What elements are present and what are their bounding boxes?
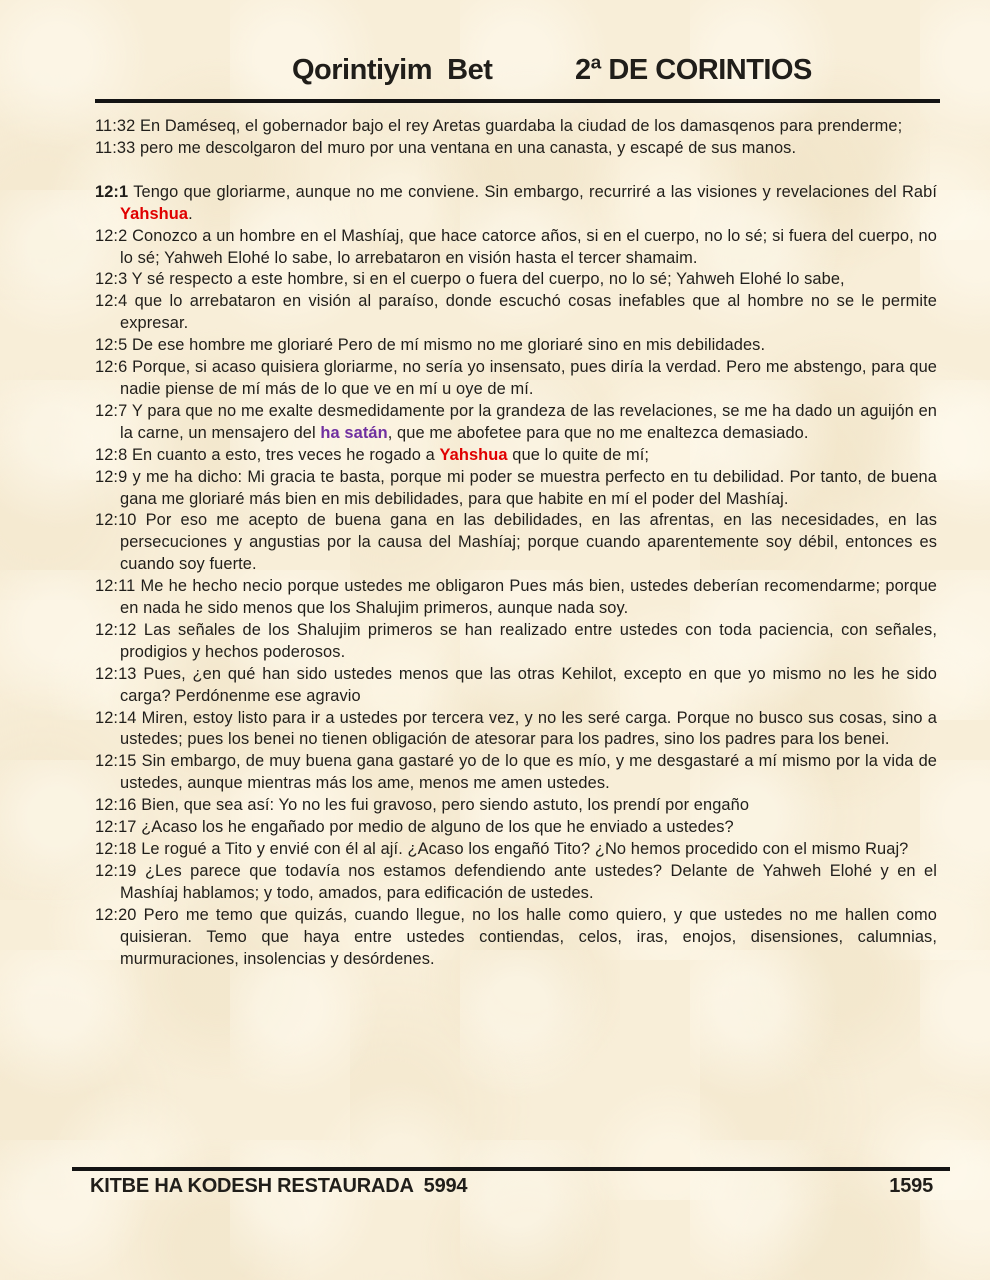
verse-number: 12:9 — [95, 468, 127, 486]
verse-number: 12:2 — [95, 227, 127, 245]
verse-text: Le rogué a Tito y envié con él al ají. ¿… — [141, 840, 908, 858]
footer-rule — [72, 1167, 950, 1171]
verse-number: 12:8 — [95, 446, 127, 464]
verse-text: pero me descolgaron del muro por una ven… — [140, 139, 796, 157]
verse-text: Por eso me acepto de buena gana en las d… — [120, 511, 937, 573]
verse-number: 12:6 — [95, 358, 127, 376]
verse-12-14: 12:14 Miren, estoy listo para ir a usted… — [95, 708, 937, 752]
verse-text: De ese hombre me gloriaré Pero de mí mis… — [132, 336, 765, 354]
verse-number: 11:33 — [95, 139, 135, 157]
verse-number: 11:32 — [95, 117, 135, 135]
verse-12-13: 12:13 Pues, ¿en qué han sido ustedes men… — [95, 664, 937, 708]
verse-number: 12:3 — [95, 270, 127, 288]
sacred-name-highlight: Yahshua — [120, 205, 188, 223]
verse-number: 12:12 — [95, 621, 137, 639]
verse-12-4: 12:4 que lo arrebataron en visión al par… — [95, 291, 937, 335]
verse-text: Bien, que sea así: Yo no les fui gravoso… — [141, 796, 749, 814]
footer-book-label: KITBE HA KODESH RESTAURADA 5994 — [90, 1175, 467, 1198]
page-footer: KITBE HA KODESH RESTAURADA 5994 1595 — [90, 1175, 933, 1198]
verse-number: 12:17 — [95, 818, 137, 836]
verse-number: 12:18 — [95, 840, 137, 858]
verse-text: , que me abofetee para que no me enaltez… — [388, 424, 809, 442]
verse-11-32: 11:32 En Daméseq, el gobernador bajo el … — [95, 116, 937, 138]
verse-text: ¿Acaso los he engañado por medio de algu… — [141, 818, 734, 836]
verse-number: 12:16 — [95, 796, 137, 814]
verse-12-7: 12:7 Y para que no me exalte desmedidame… — [95, 401, 937, 445]
verse-12-1: 12:1 Tengo que gloriarme, aunque no me c… — [95, 182, 937, 226]
verse-12-19: 12:19 ¿Les parece que todavía nos estamo… — [95, 861, 937, 905]
verse-text: Me he hecho necio porque ustedes me obli… — [120, 577, 937, 617]
verse-text: En cuanto a esto, tres veces he rogado a — [132, 446, 440, 464]
verse-12-6: 12:6 Porque, si acaso quisiera gloriarme… — [95, 357, 937, 401]
verse-text: que lo quite de mí; — [508, 446, 649, 464]
verse-number: 12:11 — [95, 577, 135, 595]
verse-number: 12:5 — [95, 336, 127, 354]
verse-text: ¿Les parece que todavía nos estamos defe… — [120, 862, 937, 902]
verse-text: Porque, si acaso quisiera gloriarme, no … — [120, 358, 937, 398]
verse-text: Pues, ¿en qué han sido ustedes menos que… — [120, 665, 937, 705]
verse-number: 12:7 — [95, 402, 127, 420]
verse-text: Las señales de los Shalujim primeros se … — [120, 621, 937, 661]
verse-text: En Daméseq, el gobernador bajo el rey Ar… — [140, 117, 902, 135]
verse-12-17: 12:17 ¿Acaso los he engañado por medio d… — [95, 817, 937, 839]
verse-12-20: 12:20 Pero me temo que quizás, cuando ll… — [95, 905, 937, 971]
verse-12-11: 12:11 Me he hecho necio porque ustedes m… — [95, 576, 937, 620]
verse-12-2: 12:2 Conozco a un hombre en el Mashíaj, … — [95, 226, 937, 270]
header-title-spanish: 2ª DE CORINTIOS — [575, 54, 812, 87]
verse-12-16: 12:16 Bien, que sea así: Yo no les fui g… — [95, 795, 937, 817]
verse-number: 12:15 — [95, 752, 137, 770]
verse-text: . — [188, 205, 193, 223]
verse-12-12: 12:12 Las señales de los Shalujim primer… — [95, 620, 937, 664]
verse-12-9: 12:9 y me ha dicho: Mi gracia te basta, … — [95, 467, 937, 511]
header-rule — [95, 99, 940, 103]
verse-text: Tengo que gloriarme, aunque no me convie… — [133, 183, 937, 201]
verse-number: 12:4 — [95, 292, 127, 310]
verse-number: 12:10 — [95, 511, 137, 529]
verse-text: y me ha dicho: Mi gracia te basta, porqu… — [120, 468, 937, 508]
header-title-hebrew: Qorintiyim Bet — [292, 54, 492, 87]
footer-page-number: 1595 — [889, 1175, 933, 1198]
verse-12-3: 12:3 Y sé respecto a este hombre, si en … — [95, 269, 937, 291]
verse-number: 12:19 — [95, 862, 137, 880]
verse-list: 11:32 En Daméseq, el gobernador bajo el … — [95, 116, 937, 970]
verse-number: 12:1 — [95, 183, 128, 201]
verse-text: Pero me temo que quizás, cuando llegue, … — [120, 906, 937, 968]
verse-text: que lo arrebataron en visión al paraíso,… — [120, 292, 937, 332]
verse-text: Y sé respecto a este hombre, si en el cu… — [132, 270, 845, 288]
scripture-page: Qorintiyim Bet 2ª DE CORINTIOS 11:32 En … — [0, 0, 990, 1280]
verse-text: Conozco a un hombre en el Mashíaj, que h… — [120, 227, 937, 267]
verse-number: 12:20 — [95, 906, 137, 924]
verse-12-15: 12:15 Sin embargo, de muy buena gana gas… — [95, 751, 937, 795]
verse-12-10: 12:10 Por eso me acepto de buena gana en… — [95, 510, 937, 576]
verse-12-8: 12:8 En cuanto a esto, tres veces he rog… — [95, 445, 937, 467]
verse-12-18: 12:18 Le rogué a Tito y envié con él al … — [95, 839, 937, 861]
sacred-name-highlight: ha satán — [320, 424, 387, 442]
verse-12-5: 12:5 De ese hombre me gloriaré Pero de m… — [95, 335, 937, 357]
verse-text: Sin embargo, de muy buena gana gastaré y… — [120, 752, 937, 792]
verse-text: Miren, estoy listo para ir a ustedes por… — [120, 709, 937, 749]
verse-11-33: 11:33 pero me descolgaron del muro por u… — [95, 138, 937, 160]
verse-number: 12:14 — [95, 709, 137, 727]
verse-number: 12:13 — [95, 665, 137, 683]
sacred-name-highlight: Yahshua — [440, 446, 508, 464]
